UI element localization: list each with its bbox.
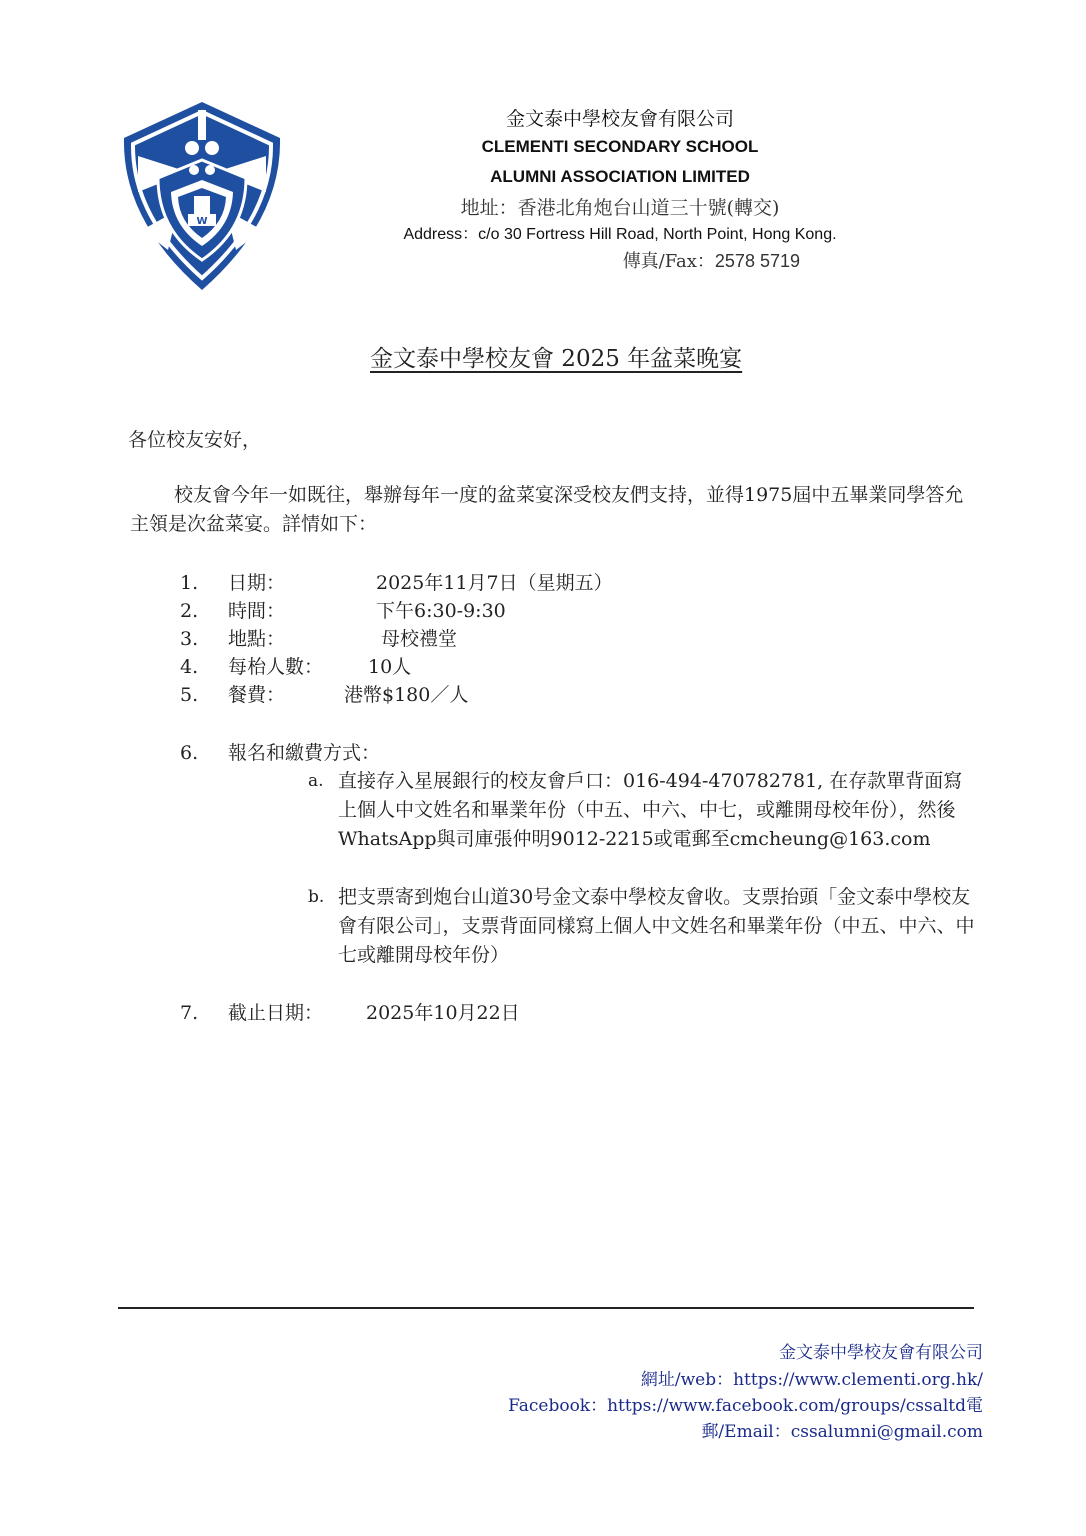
payment-option-a: a. 直接存入星展銀行的校友會戶口：016-494-470782781, 在存款…: [308, 767, 978, 854]
item-number: 7.: [180, 1002, 228, 1024]
item-value: 母校禮堂: [381, 624, 457, 651]
item-value: 下午6:30-9:30: [376, 596, 506, 623]
org-name-cn: 金文泰中學校友會有限公司: [360, 104, 880, 131]
item-number: 2.: [180, 600, 228, 622]
org-name-en-line2: ALUMNI ASSOCIATION LIMITED: [360, 167, 880, 187]
detail-item-time: 2.時間： 下午6:30-9:30: [180, 596, 285, 623]
item-number: 5.: [180, 684, 228, 706]
option-text: 把支票寄到炮台山道30号金文泰中學校友會收。支票抬頭「金文泰中學校友會有限公司」…: [338, 883, 978, 970]
option-text: 直接存入星展銀行的校友會戶口：016-494-470782781, 在存款單背面…: [338, 767, 978, 854]
fax-number: 2578 5719: [715, 251, 800, 271]
document-title: 金文泰中學校友會 2025 年盆菜晚宴: [370, 340, 742, 373]
org-name-en-line1: CLEMENTI SECONDARY SCHOOL: [360, 137, 880, 157]
school-crest-logo: W: [118, 100, 286, 292]
intro-text: 校友會今年一如既往，舉辦每年一度的盆菜宴深受校友們支持，並得1975屆中五畢業同…: [130, 484, 963, 535]
payment-heading: 6.報名和繳費方式：: [180, 738, 380, 765]
option-marker: a.: [308, 767, 324, 796]
item-label: 日期：: [228, 568, 285, 595]
fax-line: 傳真/Fax：2578 5719: [360, 247, 800, 273]
intro-paragraph: 校友會今年一如既往，舉辦每年一度的盆菜宴深受校友們支持，並得1975屆中五畢業同…: [130, 481, 980, 539]
footer-org-name: 金文泰中學校友會有限公司: [779, 1338, 983, 1363]
deadline-item: 7.截止日期： 2025年10月22日: [180, 998, 323, 1025]
item-label: 餐費：: [228, 680, 285, 707]
item-label: 地點：: [228, 624, 285, 651]
item-label: 每枱人數：: [228, 652, 323, 679]
item-number: 6.: [180, 742, 228, 764]
greeting: 各位校友安好，: [128, 425, 261, 452]
item-value: 2025年10月22日: [366, 998, 520, 1025]
item-value: 2025年11月7日（星期五）: [376, 568, 613, 595]
footer-facebook-link[interactable]: Facebook：https://www.facebook.com/groups…: [508, 1391, 983, 1416]
school-crest-icon: W: [118, 100, 286, 292]
item-number: 3.: [180, 628, 228, 650]
address-cn: 地址：香港北角炮台山道三十號(轉交): [360, 193, 880, 220]
svg-text:W: W: [196, 216, 207, 227]
detail-item-table-size: 4.每枱人數： 10人: [180, 652, 323, 679]
item-label: 截止日期：: [228, 998, 323, 1025]
item-number: 1.: [180, 572, 228, 594]
item-number: 4.: [180, 656, 228, 678]
footer-divider: [118, 1307, 974, 1309]
detail-item-venue: 3.地點： 母校禮堂: [180, 624, 285, 651]
footer-web-link[interactable]: 網址/web：https://www.clementi.org.hk/: [641, 1365, 983, 1390]
footer-email-link[interactable]: 郵/Email：cssalumni@gmail.com: [701, 1417, 983, 1442]
fax-label: 傳真/Fax：: [623, 251, 715, 272]
detail-item-date: 1.日期： 2025年11月7日（星期五）: [180, 568, 285, 595]
address-en: Address：c/o 30 Fortress Hill Road, North…: [360, 221, 880, 244]
item-value: 10人: [368, 652, 411, 679]
item-label: 時間：: [228, 596, 285, 623]
item-label: 報名和繳費方式：: [228, 738, 380, 765]
detail-item-fee: 5.餐費： 港幣$180／人: [180, 680, 285, 707]
option-marker: b.: [308, 883, 324, 912]
payment-option-b: b. 把支票寄到炮台山道30号金文泰中學校友會收。支票抬頭「金文泰中學校友會有限…: [308, 883, 978, 970]
item-value: 港幣$180／人: [344, 680, 468, 707]
